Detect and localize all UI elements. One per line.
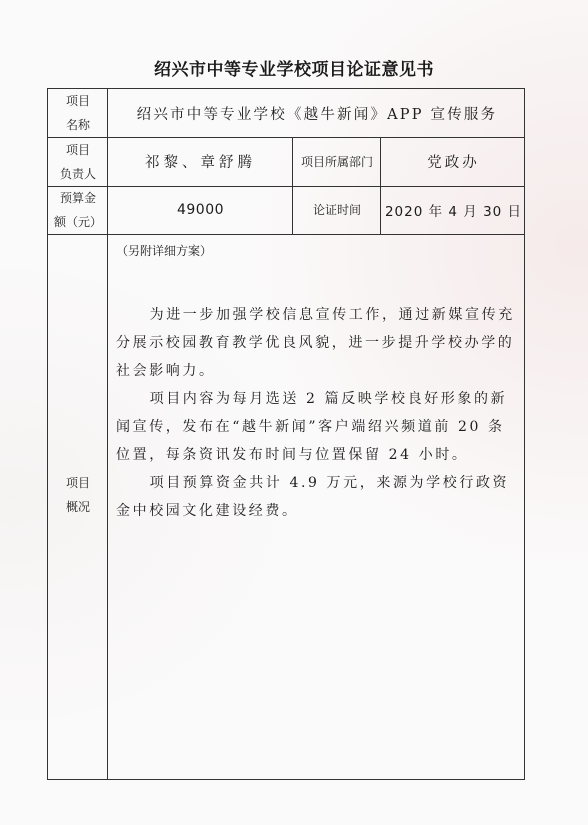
department-label: 项目所属部门 [293,137,381,186]
review-date-label: 论证时间 [293,186,381,234]
review-form-table: 项目 名称 绍兴市中等专业学校《越牛新闻》APP 宣传服务 项目 负责人 祁黎、… [47,88,525,780]
overview-paragraph: 项目内容为每月选送 2 篇反映学校良好形象的新闻宣传，发布在“越牛新闻”客户端绍… [116,385,516,469]
project-lead-label: 项目 负责人 [48,137,108,186]
project-lead-value: 祁黎、章舒腾 [108,137,293,186]
label-line: 项目 [66,89,90,113]
review-date-value: 2020 年 4 月 30 日 [381,186,526,234]
overview-body: 为进一步加强学校信息宣传工作，通过新媒宣传充分展示校园教育教学优良风貌，进一步提… [116,301,516,525]
budget-label: 预算金 额（元） [48,186,108,234]
attachment-note: （另附详细方案） [116,242,212,259]
label-line: 负责人 [60,162,96,186]
overview-paragraph: 为进一步加强学校信息宣传工作，通过新媒宣传充分展示校园教育教学优良风貌，进一步提… [116,301,516,385]
project-name-value: 绍兴市中等专业学校《越牛新闻》APP 宣传服务 [108,89,526,137]
label-line: 预算金 [60,186,96,210]
label-line: 名称 [66,113,90,137]
label-line: 额（元） [54,210,102,234]
label-line: 项目 [66,138,90,162]
document-title: 绍兴市中等专业学校项目论证意见书 [0,55,588,80]
budget-value: 49000 [108,186,293,234]
overview-paragraph: 项目预算资金共计 4.9 万元，来源为学校行政资金中校园文化建设经费。 [116,469,516,525]
project-name-label: 项目 名称 [48,89,108,137]
department-value: 党政办 [381,137,526,186]
